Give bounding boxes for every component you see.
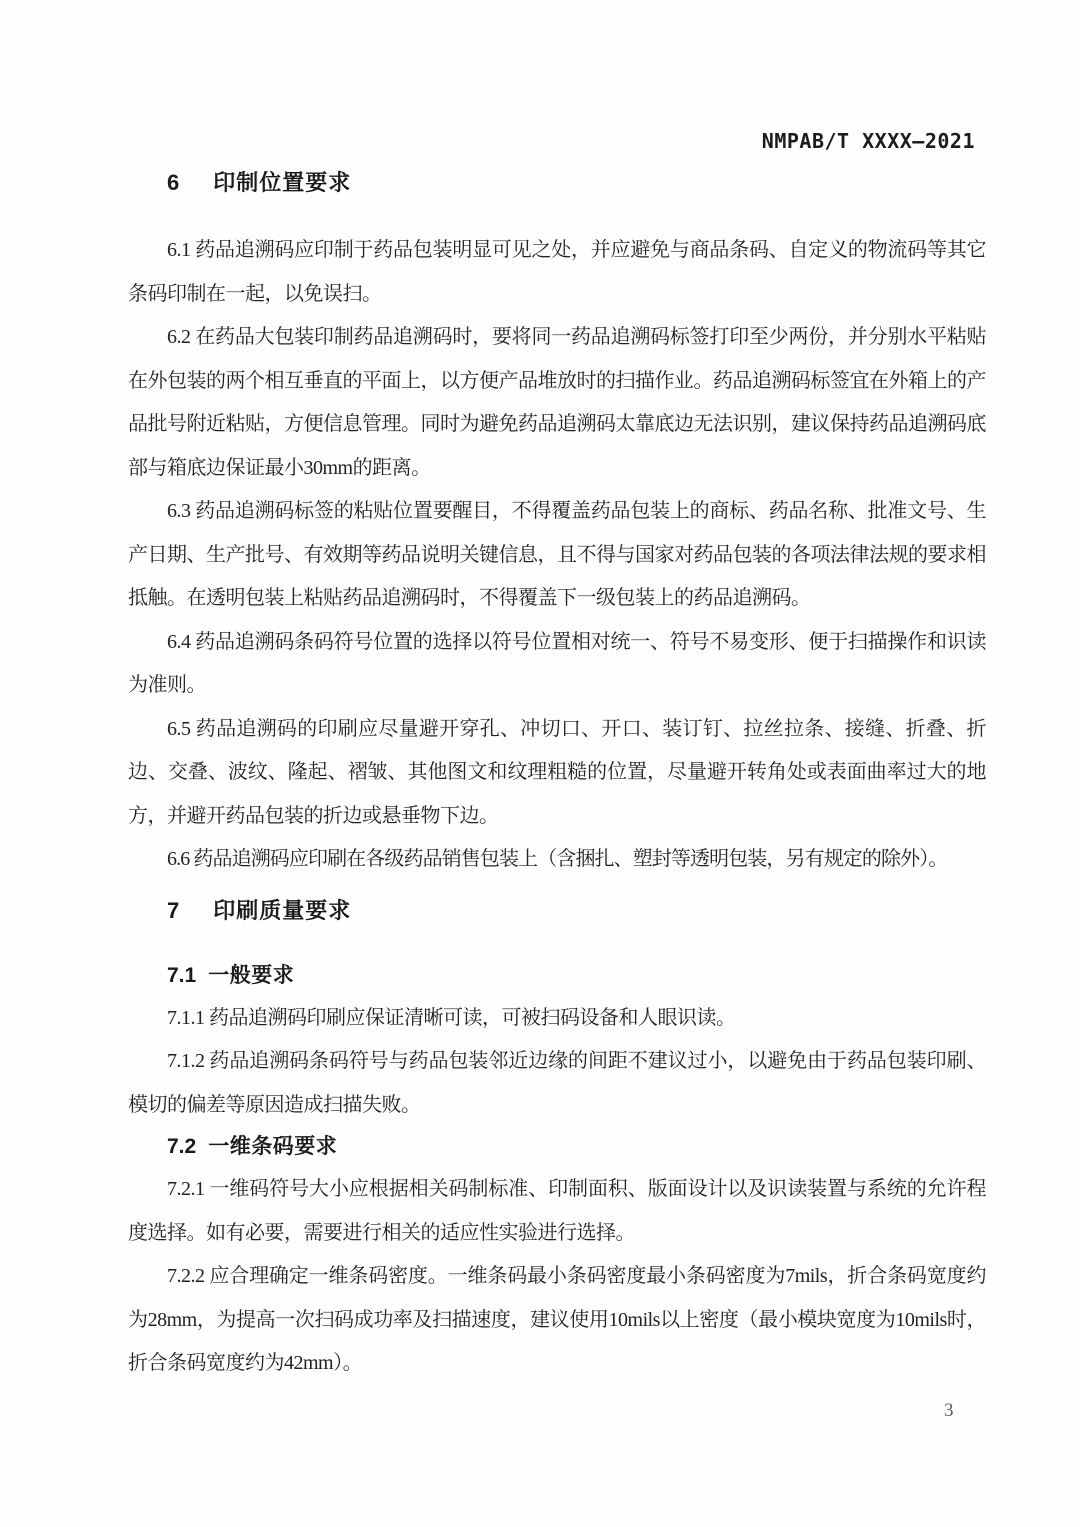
- paragraph-7-2-1: 7.2.1 一维码符号大小应根据相关码制标准、印制面积、版面设计以及识读装置与系…: [128, 1168, 986, 1255]
- section-7-title: 印刷质量要求: [213, 898, 351, 923]
- section-7-heading: 7印刷质量要求: [167, 897, 986, 925]
- paragraph-7-2-2: 7.2.2 应合理确定一维条码密度。一维条码最小条码密度最小条码密度为7mils…: [128, 1255, 986, 1386]
- section-6-number: 6: [167, 170, 179, 195]
- paragraph-6-5: 6.5 药品追溯码的印刷应尽量避开穿孔、冲切口、开口、装订钉、拉丝拉条、接缝、折…: [128, 708, 986, 839]
- subsection-7-1-number: 7.1: [167, 964, 196, 987]
- subsection-7-2-title: 一维条码要求: [208, 1135, 337, 1158]
- paragraph-6-2: 6.2 在药品大包装印制药品追溯码时，要将同一药品追溯码标签打印至少两份，并分别…: [128, 316, 986, 490]
- paragraph-7-1-1: 7.1.1 药品追溯码印刷应保证清晰可读，可被扫码设备和人眼识读。: [128, 997, 986, 1041]
- paragraph-6-4: 6.4 药品追溯码条码符号位置的选择以符号位置相对统一、符号不易变形、便于扫描操…: [128, 621, 986, 708]
- subsection-7-1-title: 一般要求: [208, 964, 294, 987]
- page-number: 3: [944, 1399, 954, 1423]
- paragraph-6-1: 6.1 药品追溯码应印制于药品包装明显可见之处，并应避免与商品条码、自定义的物流…: [128, 229, 986, 316]
- paragraph-6-3: 6.3 药品追溯码标签的粘贴位置要醒目，不得覆盖药品包装上的商标、药品名称、批准…: [128, 490, 986, 621]
- paragraph-7-1-2: 7.1.2 药品追溯码条码符号与药品包装邻近边缘的间距不建议过小，以避免由于药品…: [128, 1040, 986, 1127]
- paragraph-6-6: 6.6 药品追溯码应印刷在各级药品销售包装上（含捆扎、塑封等透明包装，另有规定的…: [128, 838, 986, 882]
- document-body: 6印制位置要求 6.1 药品追溯码应印制于药品包装明显可见之处，并应避免与商品条…: [128, 0, 986, 1386]
- document-page: NMPAB/T XXXX—2021 6印制位置要求 6.1 药品追溯码应印制于药…: [0, 0, 1080, 1527]
- subsection-7-2-heading: 7.2一维条码要求: [167, 1133, 986, 1160]
- subsection-7-2-number: 7.2: [167, 1135, 196, 1158]
- section-7-number: 7: [167, 898, 179, 923]
- section-6-heading: 6印制位置要求: [167, 169, 986, 197]
- subsection-7-1-heading: 7.1一般要求: [167, 962, 986, 989]
- section-6-title: 印制位置要求: [213, 170, 351, 195]
